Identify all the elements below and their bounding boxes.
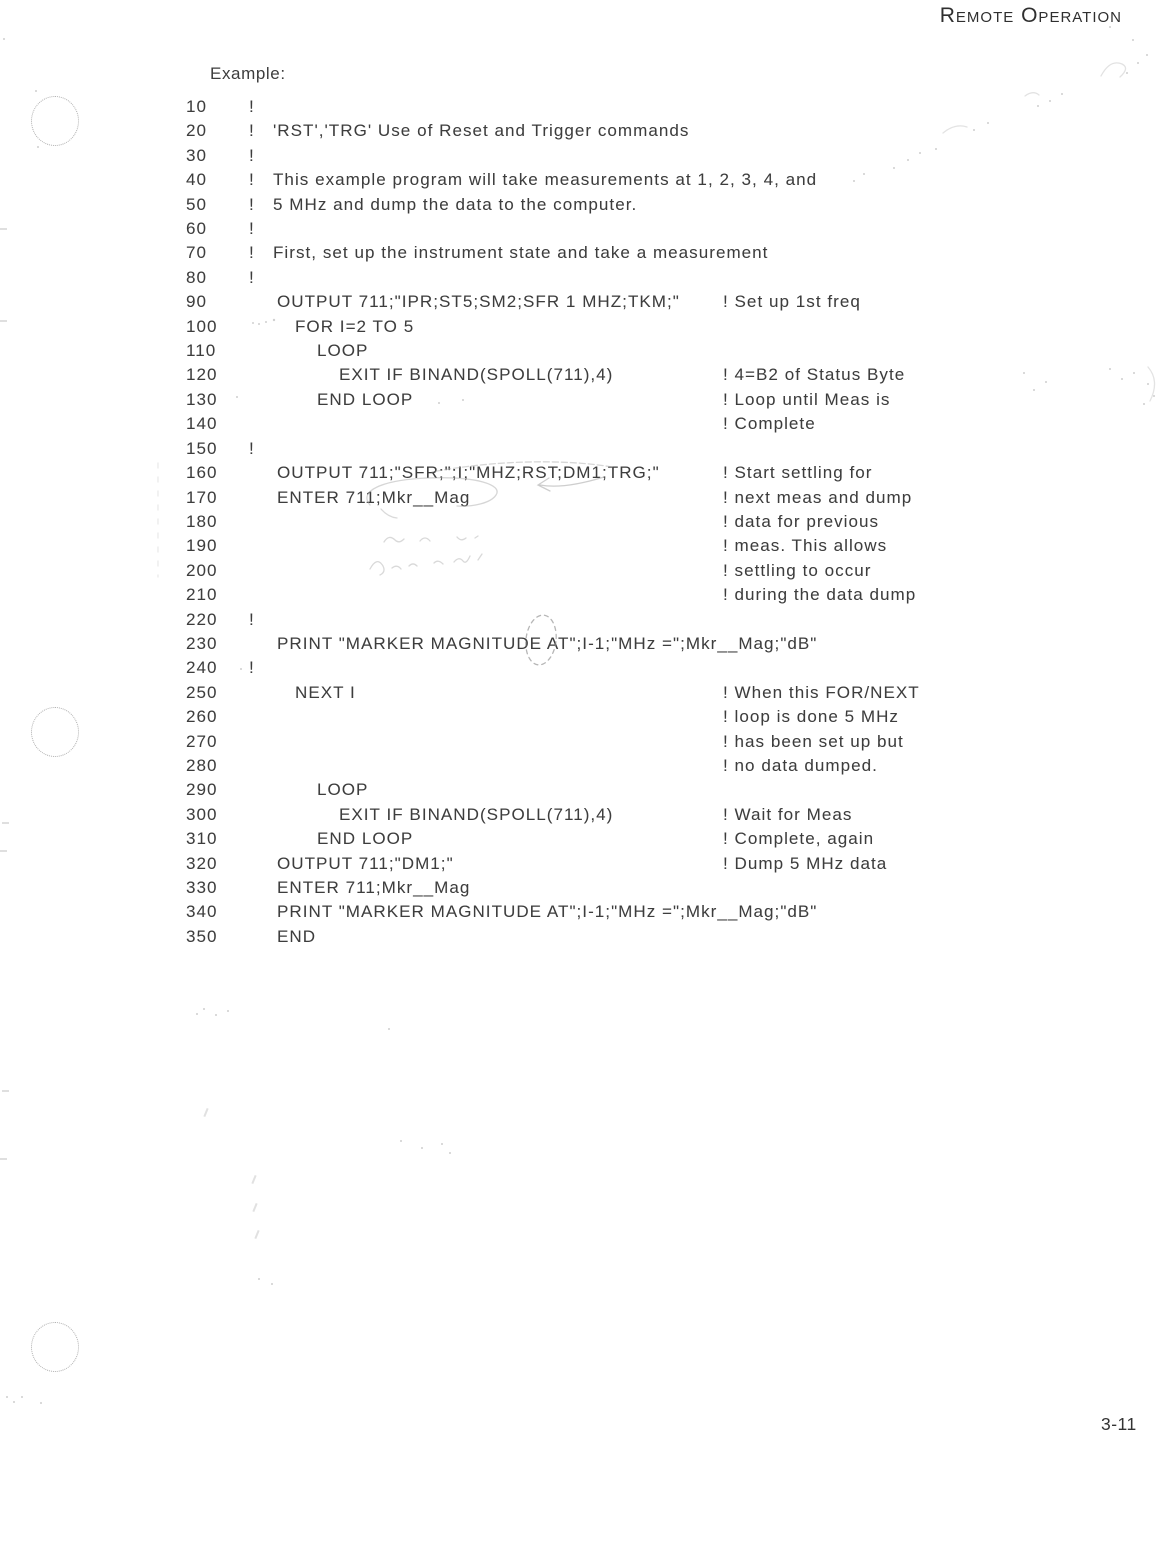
program-line-220: 220! bbox=[186, 610, 1161, 634]
line-number: 280 bbox=[186, 756, 218, 776]
program-line-190: 190! meas. This allows bbox=[186, 536, 1161, 560]
program-line-330: 330ENTER 711;Mkr__Mag bbox=[186, 878, 1161, 902]
inline-comment: ! Dump 5 MHz data bbox=[723, 854, 887, 874]
line-number: 100 bbox=[186, 317, 218, 337]
program-line-170: 170ENTER 711;Mkr__Mag! next meas and dum… bbox=[186, 488, 1161, 512]
comment-bang: ! bbox=[249, 195, 255, 215]
line-number: 90 bbox=[186, 292, 207, 312]
inline-comment: ! When this FOR/NEXT bbox=[723, 683, 920, 703]
program-line-210: 210! during the data dump bbox=[186, 585, 1161, 609]
code-text: PRINT "MARKER MAGNITUDE AT";I-1;"MHz =";… bbox=[277, 634, 817, 654]
comment-bang: ! bbox=[249, 219, 255, 239]
program-line-290: 290LOOP bbox=[186, 780, 1161, 804]
line-number: 260 bbox=[186, 707, 218, 727]
line-number: 330 bbox=[186, 878, 218, 898]
line-number: 130 bbox=[186, 390, 218, 410]
program-line-20: 20!'RST','TRG' Use of Reset and Trigger … bbox=[186, 121, 1161, 145]
inline-comment: ! 4=B2 of Status Byte bbox=[723, 365, 905, 385]
inline-comment: ! Wait for Meas bbox=[723, 805, 852, 825]
line-number: 320 bbox=[186, 854, 218, 874]
comment-text: 5 MHz and dump the data to the computer. bbox=[273, 195, 637, 215]
program-line-280: 280! no data dumped. bbox=[186, 756, 1161, 780]
comment-bang: ! bbox=[249, 610, 255, 630]
program-line-250: 250NEXT I! When this FOR/NEXT bbox=[186, 683, 1161, 707]
code-text: OUTPUT 711;"SFR;";I;"MHZ;RST;DM1;TRG;" bbox=[277, 463, 660, 483]
program-line-130: 130END LOOP! Loop until Meas is bbox=[186, 390, 1161, 414]
line-number: 30 bbox=[186, 146, 207, 166]
program-listing: 10!20!'RST','TRG' Use of Reset and Trigg… bbox=[186, 97, 1161, 951]
line-number: 340 bbox=[186, 902, 218, 922]
program-line-340: 340PRINT "MARKER MAGNITUDE AT";I-1;"MHz … bbox=[186, 902, 1161, 926]
comment-bang: ! bbox=[249, 121, 255, 141]
line-number: 50 bbox=[186, 195, 207, 215]
line-number: 110 bbox=[186, 341, 216, 361]
program-line-240: 240! bbox=[186, 658, 1161, 682]
comment-text: 'RST','TRG' Use of Reset and Trigger com… bbox=[273, 121, 689, 141]
program-line-350: 350END bbox=[186, 927, 1161, 951]
program-line-70: 70!First, set up the instrument state an… bbox=[186, 243, 1161, 267]
line-number: 160 bbox=[186, 463, 218, 483]
code-text: ENTER 711;Mkr__Mag bbox=[277, 488, 470, 508]
line-number: 10 bbox=[186, 97, 207, 117]
example-label: Example: bbox=[210, 64, 286, 84]
comment-bang: ! bbox=[249, 658, 255, 678]
line-number: 180 bbox=[186, 512, 218, 532]
line-number: 150 bbox=[186, 439, 218, 459]
program-line-80: 80! bbox=[186, 268, 1161, 292]
program-line-200: 200! settling to occur bbox=[186, 561, 1161, 585]
code-text: OUTPUT 711;"IPR;ST5;SM2;SFR 1 MHZ;TKM;" bbox=[277, 292, 680, 312]
line-number: 270 bbox=[186, 732, 218, 752]
program-line-30: 30! bbox=[186, 146, 1161, 170]
inline-comment: ! data for previous bbox=[723, 512, 879, 532]
inline-comment: ! has been set up but bbox=[723, 732, 904, 752]
inline-comment: ! meas. This allows bbox=[723, 536, 887, 556]
punch-hole bbox=[31, 96, 79, 146]
inline-comment: ! settling to occur bbox=[723, 561, 871, 581]
program-line-100: 100FOR I=2 TO 5 bbox=[186, 317, 1161, 341]
inline-comment: ! loop is done 5 MHz bbox=[723, 707, 899, 727]
program-line-110: 110LOOP bbox=[186, 341, 1161, 365]
program-line-140: 140! Complete bbox=[186, 414, 1161, 438]
line-number: 230 bbox=[186, 634, 218, 654]
program-line-120: 120EXIT IF BINAND(SPOLL(711),4)! 4=B2 of… bbox=[186, 365, 1161, 389]
program-line-160: 160OUTPUT 711;"SFR;";I;"MHZ;RST;DM1;TRG;… bbox=[186, 463, 1161, 487]
program-line-50: 50!5 MHz and dump the data to the comput… bbox=[186, 195, 1161, 219]
manual-page: Remote Operation Example: 10!20!'RST','T… bbox=[0, 0, 1176, 1544]
program-line-230: 230PRINT "MARKER MAGNITUDE AT";I-1;"MHz … bbox=[186, 634, 1161, 658]
comment-bang: ! bbox=[249, 243, 255, 263]
inline-comment: ! Loop until Meas is bbox=[723, 390, 890, 410]
line-number: 190 bbox=[186, 536, 218, 556]
program-line-320: 320OUTPUT 711;"DM1;"! Dump 5 MHz data bbox=[186, 854, 1161, 878]
line-number: 70 bbox=[186, 243, 207, 263]
line-number: 80 bbox=[186, 268, 207, 288]
program-line-60: 60! bbox=[186, 219, 1161, 243]
code-text: OUTPUT 711;"DM1;" bbox=[277, 854, 454, 874]
inline-comment: ! Set up 1st freq bbox=[723, 292, 861, 312]
program-line-310: 310END LOOP! Complete, again bbox=[186, 829, 1161, 853]
inline-comment: ! Complete bbox=[723, 414, 816, 434]
program-line-180: 180! data for previous bbox=[186, 512, 1161, 536]
line-number: 300 bbox=[186, 805, 218, 825]
code-text: ENTER 711;Mkr__Mag bbox=[277, 878, 470, 898]
comment-text: This example program will take measureme… bbox=[273, 170, 817, 190]
code-text: EXIT IF BINAND(SPOLL(711),4) bbox=[339, 805, 613, 825]
inline-comment: ! during the data dump bbox=[723, 585, 916, 605]
line-number: 20 bbox=[186, 121, 207, 141]
program-line-10: 10! bbox=[186, 97, 1161, 121]
line-number: 170 bbox=[186, 488, 218, 508]
comment-text: First, set up the instrument state and t… bbox=[273, 243, 768, 263]
program-line-300: 300EXIT IF BINAND(SPOLL(711),4)! Wait fo… bbox=[186, 805, 1161, 829]
program-line-260: 260! loop is done 5 MHz bbox=[186, 707, 1161, 731]
line-number: 310 bbox=[186, 829, 218, 849]
inline-comment: ! Start settling for bbox=[723, 463, 873, 483]
line-number: 220 bbox=[186, 610, 218, 630]
code-text: EXIT IF BINAND(SPOLL(711),4) bbox=[339, 365, 613, 385]
program-line-270: 270! has been set up but bbox=[186, 732, 1161, 756]
inline-comment: ! no data dumped. bbox=[723, 756, 878, 776]
line-number: 210 bbox=[186, 585, 218, 605]
code-text: LOOP bbox=[317, 341, 368, 361]
punch-hole bbox=[31, 1322, 79, 1372]
line-number: 200 bbox=[186, 561, 218, 581]
punch-hole bbox=[31, 707, 79, 757]
comment-bang: ! bbox=[249, 439, 255, 459]
code-text: END bbox=[277, 927, 316, 947]
code-text: END LOOP bbox=[317, 829, 413, 849]
inline-comment: ! next meas and dump bbox=[723, 488, 912, 508]
comment-bang: ! bbox=[249, 268, 255, 288]
program-line-150: 150! bbox=[186, 439, 1161, 463]
code-text: PRINT "MARKER MAGNITUDE AT";I-1;"MHz =";… bbox=[277, 902, 817, 922]
page-header-title: Remote Operation bbox=[940, 4, 1122, 28]
line-number: 350 bbox=[186, 927, 218, 947]
page-number: 3-11 bbox=[1101, 1414, 1137, 1435]
program-line-90: 90OUTPUT 711;"IPR;ST5;SM2;SFR 1 MHZ;TKM;… bbox=[186, 292, 1161, 316]
program-line-40: 40!This example program will take measur… bbox=[186, 170, 1161, 194]
inline-comment: ! Complete, again bbox=[723, 829, 874, 849]
line-number: 40 bbox=[186, 170, 207, 190]
line-number: 120 bbox=[186, 365, 218, 385]
code-text: NEXT I bbox=[295, 683, 356, 703]
code-text: LOOP bbox=[317, 780, 368, 800]
code-text: FOR I=2 TO 5 bbox=[295, 317, 414, 337]
line-number: 240 bbox=[186, 658, 218, 678]
comment-bang: ! bbox=[249, 146, 255, 166]
line-number: 290 bbox=[186, 780, 218, 800]
code-text: END LOOP bbox=[317, 390, 413, 410]
line-number: 250 bbox=[186, 683, 218, 703]
comment-bang: ! bbox=[249, 97, 255, 117]
line-number: 140 bbox=[186, 414, 218, 434]
comment-bang: ! bbox=[249, 170, 255, 190]
line-number: 60 bbox=[186, 219, 207, 239]
